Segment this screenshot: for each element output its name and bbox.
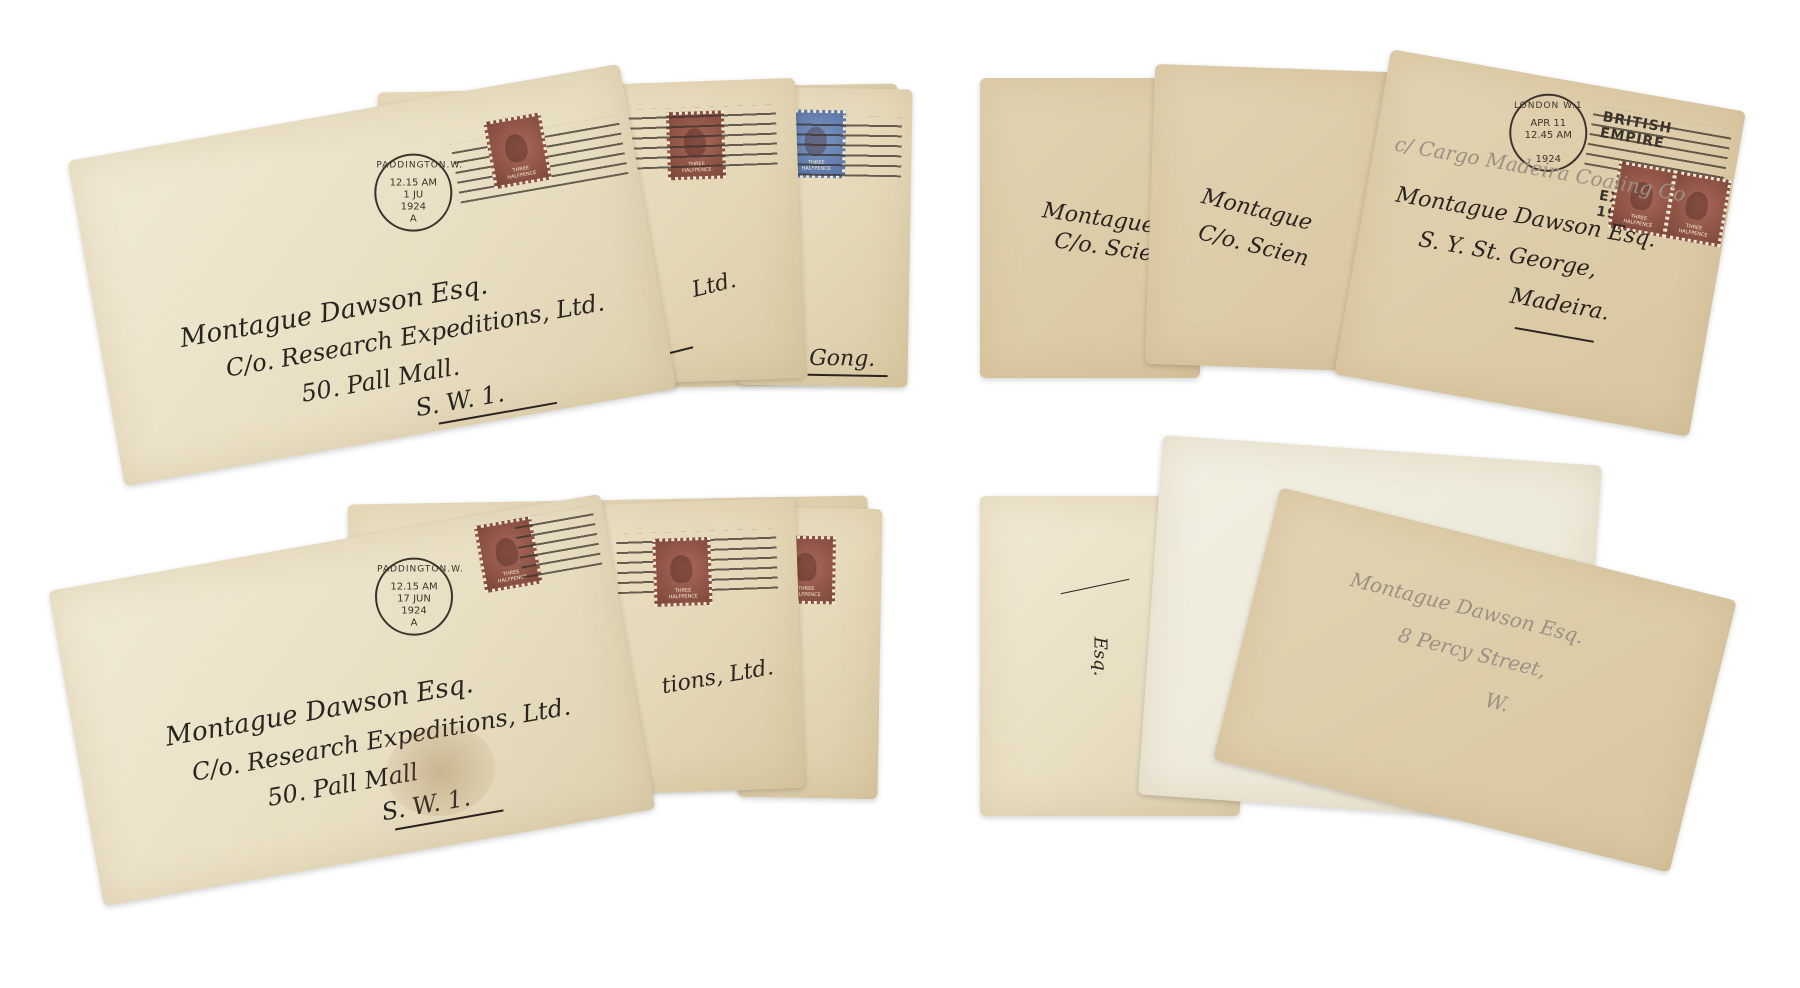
envelope-front: LONDON W.1 APR 11 12.45 AM 1924 BRITISH …: [1334, 49, 1746, 436]
address-fragment: Ltd.: [690, 268, 739, 303]
envelope-front: PADDINGTON.W. 12.15 AM 1 JU 1924 A THREE…: [68, 64, 677, 486]
envelope-front: PADDINGTON.W. 12.15 AM 17 JUN 1924 A THR…: [48, 494, 655, 906]
wavy-cancel: [513, 505, 602, 578]
postmark-paddington: PADDINGTON.W. 12.15 AM 17 JUN 1924 A: [375, 558, 453, 636]
wavy-cancel: [616, 105, 778, 171]
pen-stroke: [1061, 579, 1130, 595]
envelope-front: Montague Dawson Esq. 8 Percy Street, W.: [1213, 487, 1737, 872]
stamp-brown: THREE HALFPENCE: [652, 537, 712, 607]
postmark-paddington: PADDINGTON.W. 12.15 AM 1 JU 1924 A: [374, 154, 452, 232]
address-line-3: Madeira.: [1508, 284, 1611, 326]
underline: [808, 374, 888, 377]
underline: [1515, 327, 1594, 343]
address-line-1: Montague Dawson Esq.: [1348, 567, 1587, 648]
address-line-3: W.: [1483, 688, 1512, 717]
address-fragment: tions, Ltd.: [660, 655, 776, 699]
stamp-brown: THREE HALFPENCE: [483, 112, 552, 189]
address-fragment: Esq.: [1089, 637, 1110, 677]
